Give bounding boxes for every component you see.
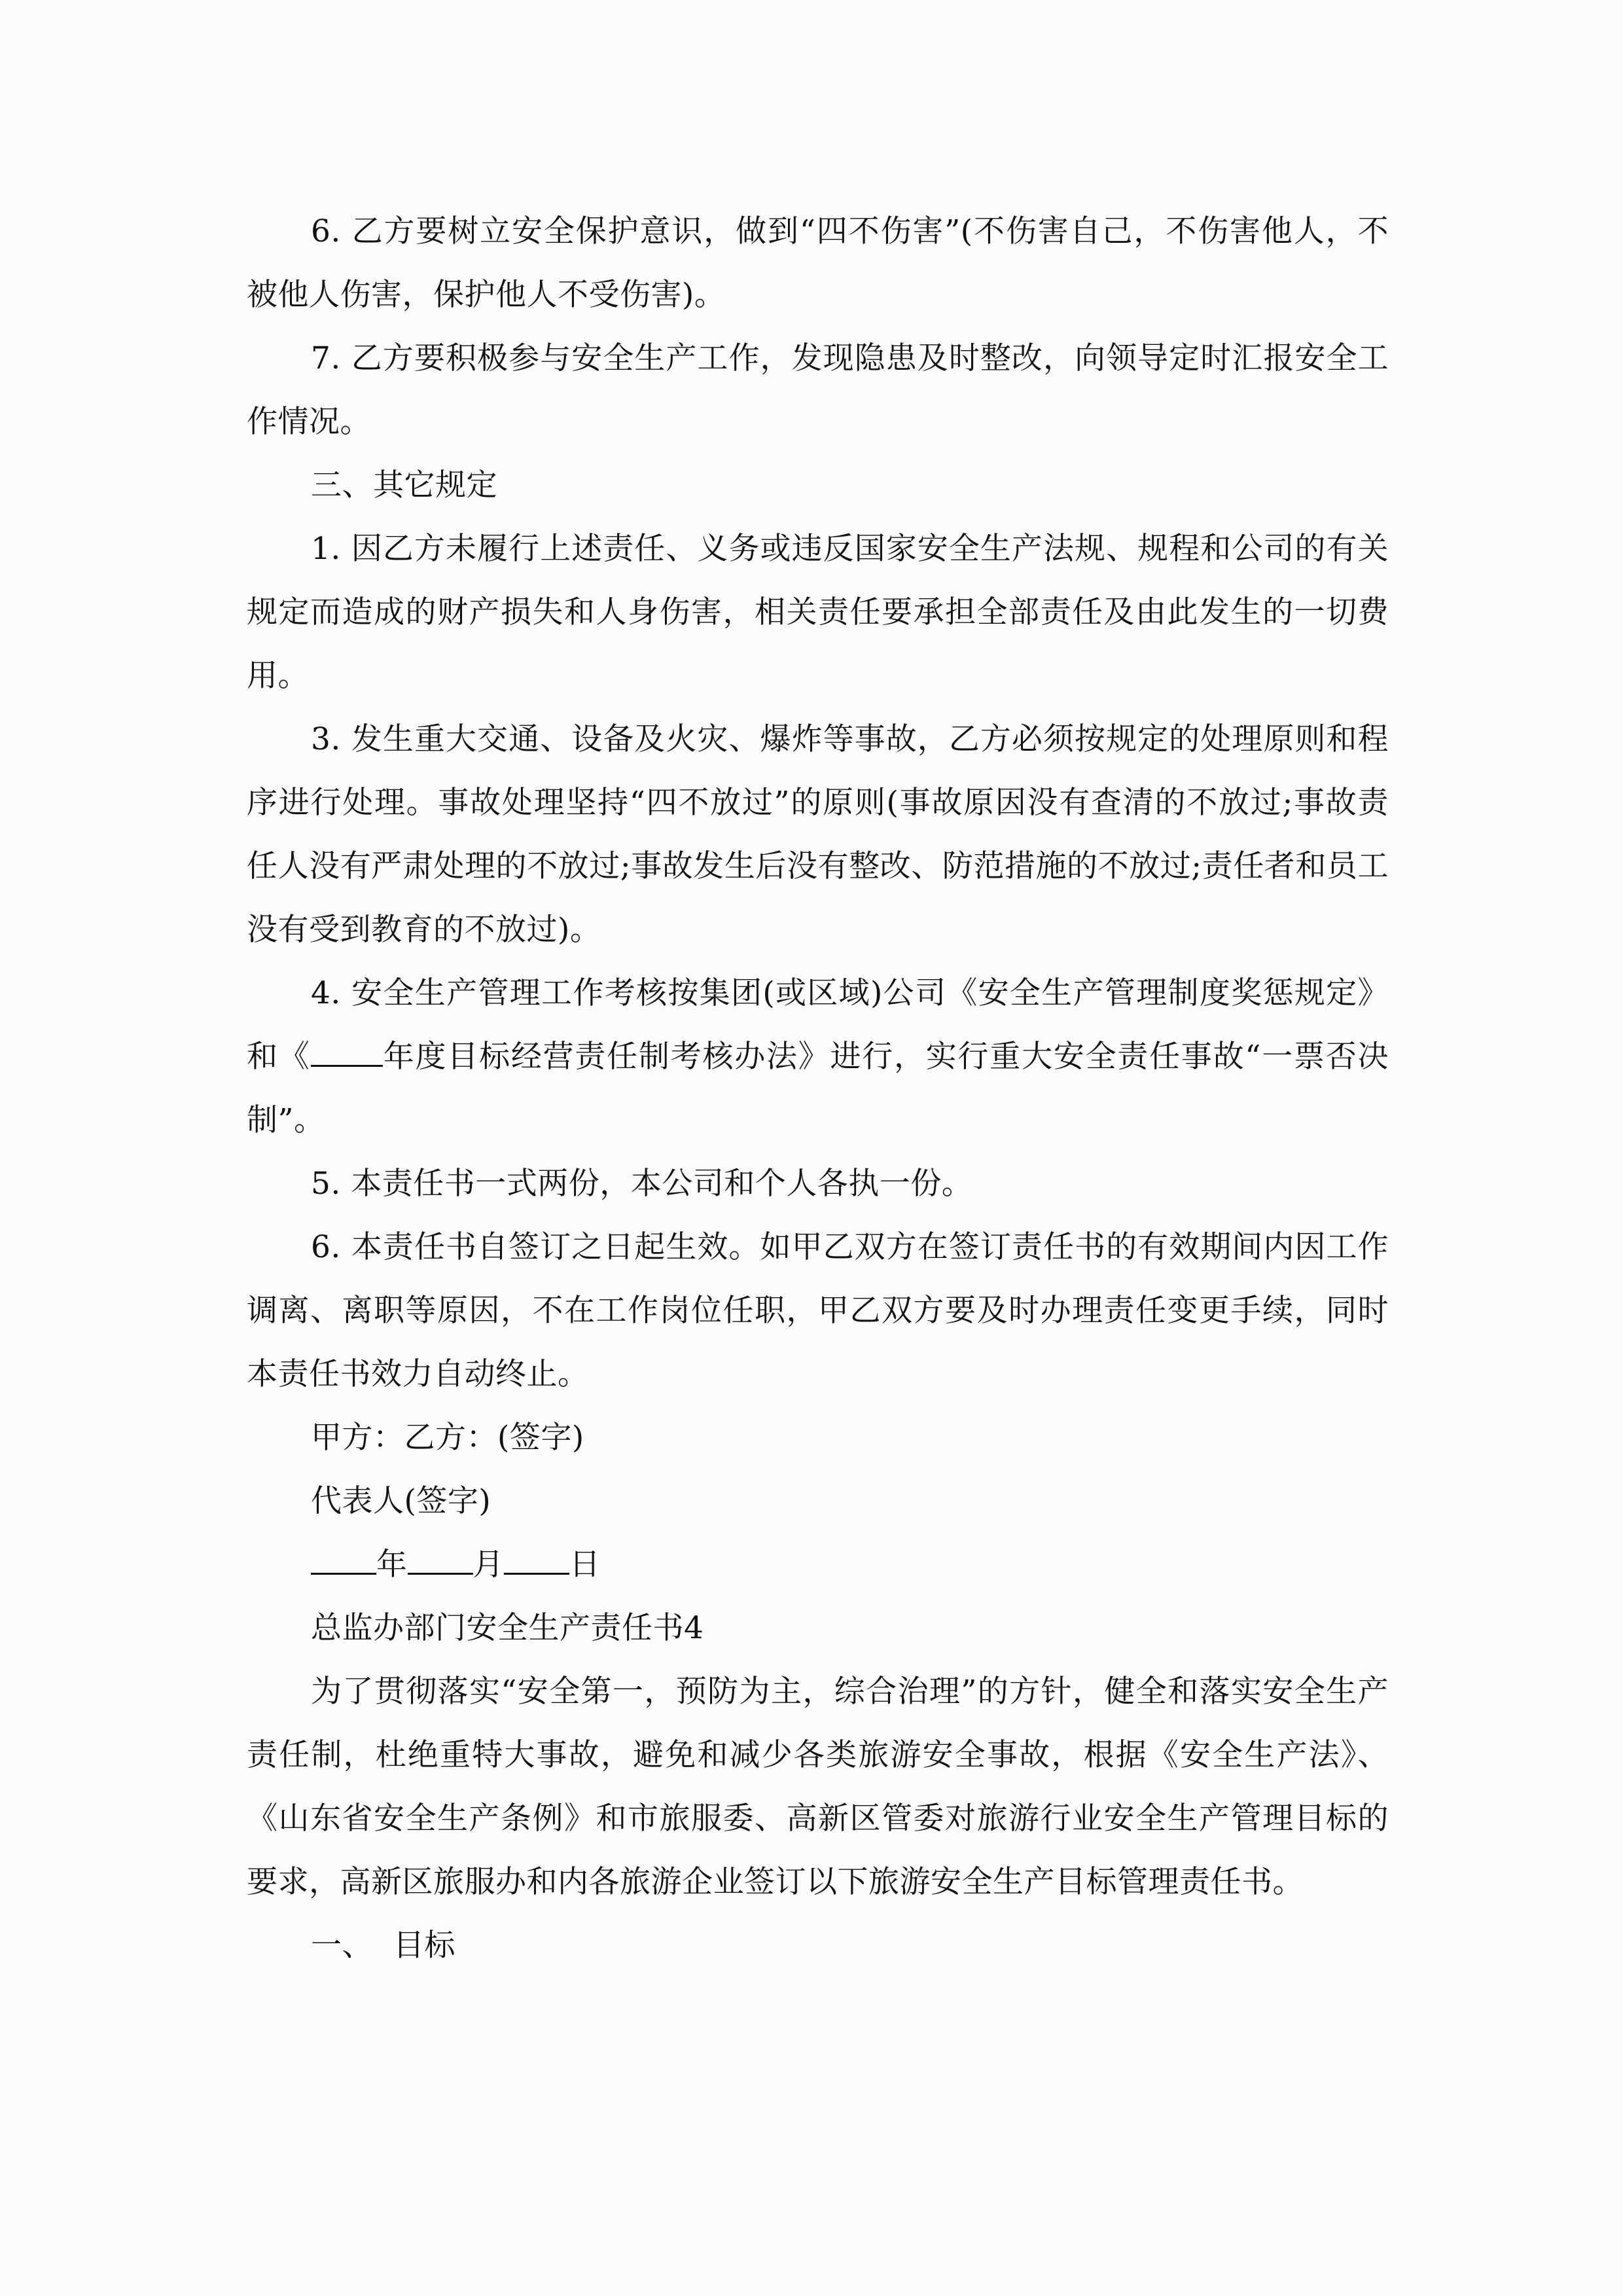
date-year-label: 年	[376, 1547, 408, 1583]
section-heading-goals: 一、 目标	[247, 1914, 1389, 1977]
signature-parties-line: 甲方：乙方：(签字)	[247, 1406, 1389, 1469]
date-day-label: 日	[569, 1547, 601, 1583]
document-page: 6. 乙方要树立安全保护意识，做到“四不伤害”(不伤害自己，不伤害他人，不被他人…	[247, 200, 1389, 1977]
date-month-blank[interactable]	[408, 1545, 473, 1575]
date-day-blank[interactable]	[504, 1545, 569, 1575]
date-year-blank[interactable]	[311, 1545, 376, 1575]
signature-representative-line: 代表人(签字)	[247, 1469, 1389, 1533]
paragraph-provision-6: 6. 本责任书自签订之日起生效。如甲乙双方在签订责任书的有效期间内因工作调离、离…	[247, 1215, 1389, 1406]
date-month-label: 月	[473, 1547, 505, 1583]
section-1-title: 目标	[393, 1928, 455, 1964]
paragraph-provision-3: 3. 发生重大交通、设备及火灾、爆炸等事故，乙方必须按规定的处理原则和程序进行处…	[247, 708, 1389, 961]
year-blank-field[interactable]	[311, 1037, 383, 1067]
signature-date-line: 年月日	[247, 1533, 1389, 1596]
paragraph-provision-4: 4. 安全生产管理工作考核按集团(或区域)公司《安全生产管理制度奖惩规定》和《年…	[247, 961, 1389, 1152]
paragraph-provision-1: 1. 因乙方未履行上述责任、义务或违反国家安全生产法规、规程和公司的有关规定而造…	[247, 517, 1389, 708]
next-document-title: 总监办部门安全生产责任书4	[247, 1596, 1389, 1660]
paragraph-item-6: 6. 乙方要树立安全保护意识，做到“四不伤害”(不伤害自己，不伤害他人，不被他人…	[247, 200, 1389, 327]
paragraph-item-7: 7. 乙方要积极参与安全生产工作，发现隐患及时整改，向领导定时汇报安全工作情况。	[247, 327, 1389, 454]
provision-4-text-end: 年度目标经营责任制考核办法》进行，实行重大安全责任事故“一票否决制”。	[247, 1039, 1389, 1138]
section-1-number: 一、	[311, 1928, 373, 1964]
next-document-intro: 为了贯彻落实“安全第一，预防为主，综合治理”的方针，健全和落实安全生产责任制，杜…	[247, 1660, 1389, 1914]
section-heading-other-provisions: 三、其它规定	[247, 454, 1389, 517]
paragraph-provision-5: 5. 本责任书一式两份，本公司和个人各执一份。	[247, 1152, 1389, 1215]
